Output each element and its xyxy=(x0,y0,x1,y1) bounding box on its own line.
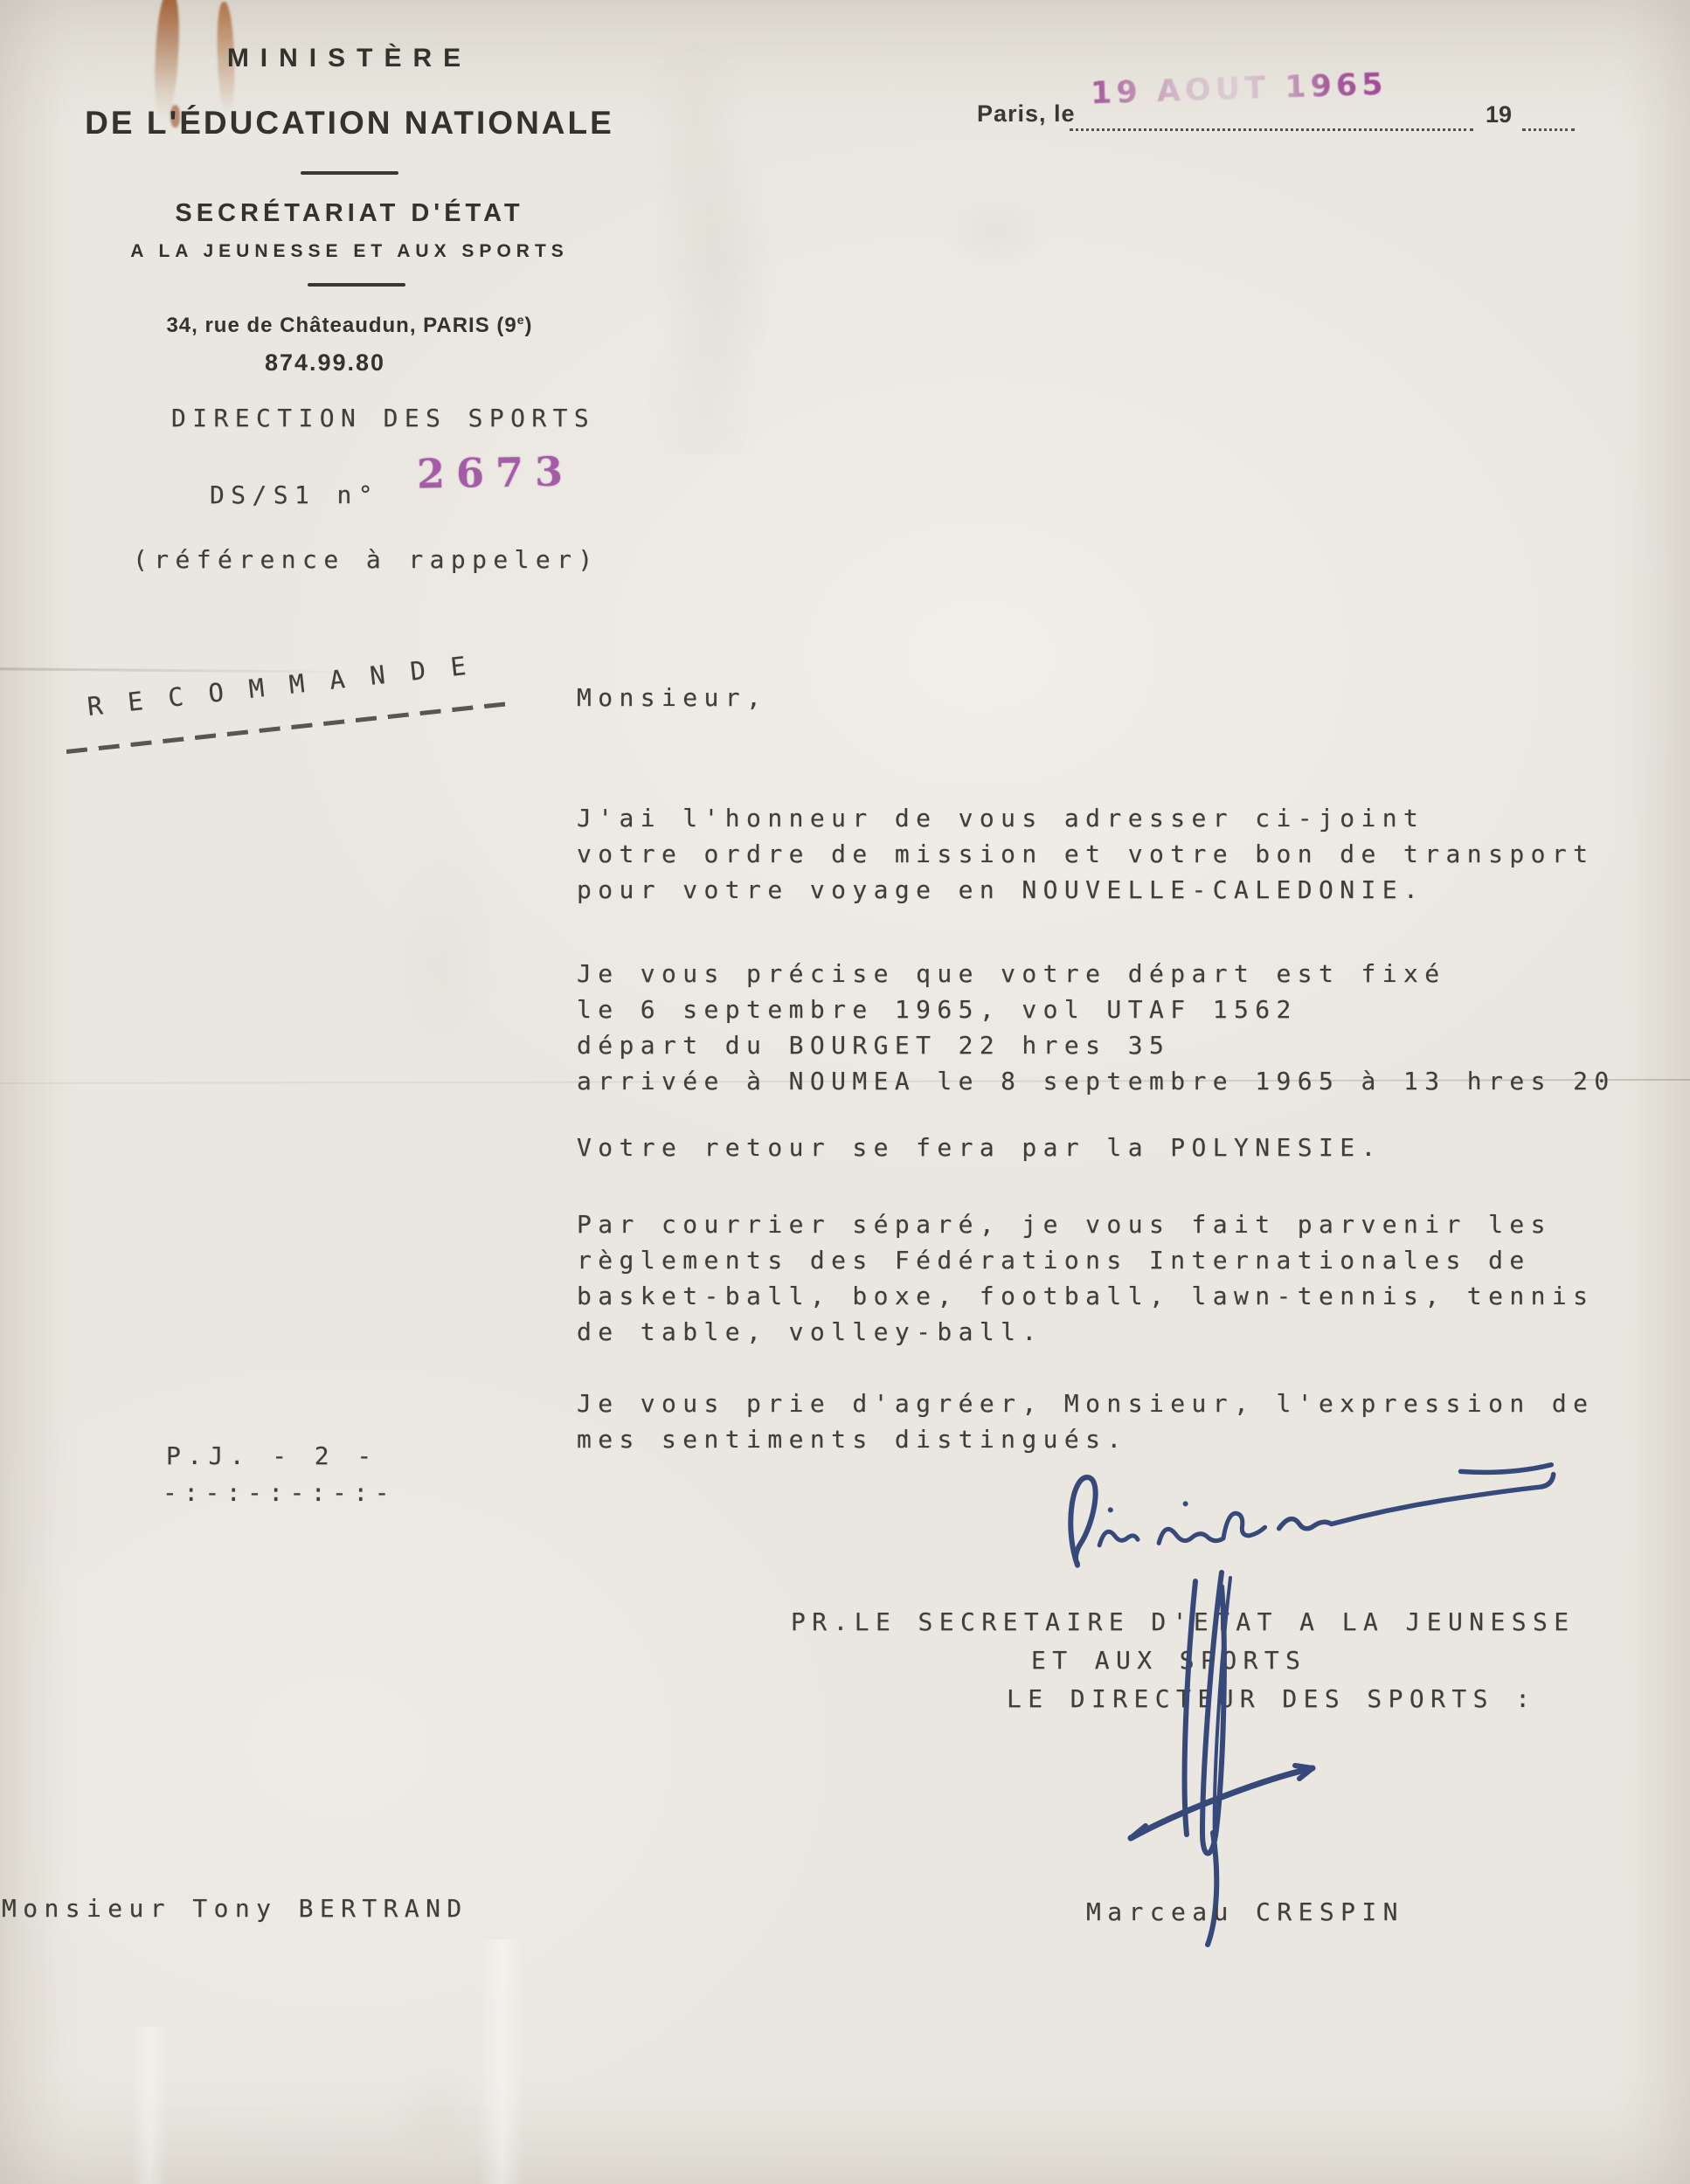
bleed-through-smudge-bottom xyxy=(367,2044,507,2184)
bleed-through-smudge-mid xyxy=(358,804,524,1118)
body-line: pour votre voyage en NOUVELLE-CALEDONIE. xyxy=(577,875,1424,904)
body-line: Votre retour se fera par la POLYNESIE. xyxy=(577,1133,1382,1162)
letterhead-divider-1 xyxy=(301,171,398,175)
body-line: règlements des Fédérations International… xyxy=(577,1246,1531,1275)
reference-number-stamp: 2673 xyxy=(417,447,575,497)
dateline-year-prefix: 19 xyxy=(1486,101,1512,128)
body-line: votre ordre de mission et votre bon de t… xyxy=(577,840,1594,868)
letterhead-phone: 874.99.80 xyxy=(0,349,666,377)
body-line: J'ai l'honneur de vous adresser ci-joint xyxy=(577,804,1424,833)
letterhead-ministry-line1: MINISTÈRE xyxy=(9,44,690,73)
signatory-name: Marceau CRESPIN xyxy=(1086,1897,1404,1926)
dateline-year-dots xyxy=(1522,128,1575,131)
body-line: départ du BOURGET 22 hres 35 xyxy=(577,1031,1170,1060)
reference-note: (référence à rappeler) xyxy=(133,545,599,574)
body-line: mes sentiments distingués. xyxy=(577,1425,1128,1454)
department-line: DIRECTION DES SPORTS xyxy=(171,404,595,432)
letterhead-secretariat-line1: SECRÉTARIAT D'ÉTAT xyxy=(9,199,690,228)
handwritten-note xyxy=(1051,1441,1589,1581)
body-line: Je vous précise que votre départ est fix… xyxy=(577,959,1446,988)
salutation: Monsieur, xyxy=(577,683,767,712)
date-stamp: 19 AOUT 1965 xyxy=(1090,67,1388,112)
letterhead-divider-2 xyxy=(308,283,405,287)
enclosures-label: P.J. - 2 - xyxy=(166,1441,378,1470)
crease-bottom-vertical-1 xyxy=(131,2027,168,2184)
address-main: 34, rue de Châteaudun, PARIS (9 xyxy=(166,314,516,337)
enclosures-separator: -:-:-:-:-:- xyxy=(163,1478,396,1507)
dateline-prefix: Paris, le xyxy=(977,100,1076,128)
letterhead-address: 34, rue de Châteaudun, PARIS (9e) xyxy=(9,313,690,338)
recipient-name: Monsieur Tony BERTRAND xyxy=(2,1894,468,1923)
address-close: ) xyxy=(525,314,533,337)
reference-prefix: DS/S1 n° xyxy=(210,480,379,509)
body-line: arrivée à NOUMEA le 8 septembre 1965 à 1… xyxy=(577,1067,1616,1095)
smudge-right-upper xyxy=(926,183,1066,280)
crease-bottom-vertical-2 xyxy=(479,1939,524,2184)
body-line: Par courrier séparé, je vous fait parven… xyxy=(577,1210,1552,1239)
dateline-dotted-leader xyxy=(1070,128,1473,131)
letterhead-secretariat-line2: A LA JEUNESSE ET AUX SPORTS xyxy=(9,241,690,262)
scanned-letter-page: MINISTÈRE DE L'ÉDUCATION NATIONALE SECRÉ… xyxy=(0,0,1690,2184)
letterhead-ministry-line2: DE L'ÉDUCATION NATIONALE xyxy=(9,105,690,142)
body-line: Je vous prie d'agréer, Monsieur, l'expre… xyxy=(577,1389,1594,1418)
address-superscript: e xyxy=(517,313,525,327)
body-line: de table, volley-ball. xyxy=(577,1317,1043,1346)
body-line: basket-ball, boxe, football, lawn-tennis… xyxy=(577,1282,1594,1310)
body-line: le 6 septembre 1965, vol UTAF 1562 xyxy=(577,995,1298,1024)
handwritten-note-ink xyxy=(1051,1441,1589,1581)
